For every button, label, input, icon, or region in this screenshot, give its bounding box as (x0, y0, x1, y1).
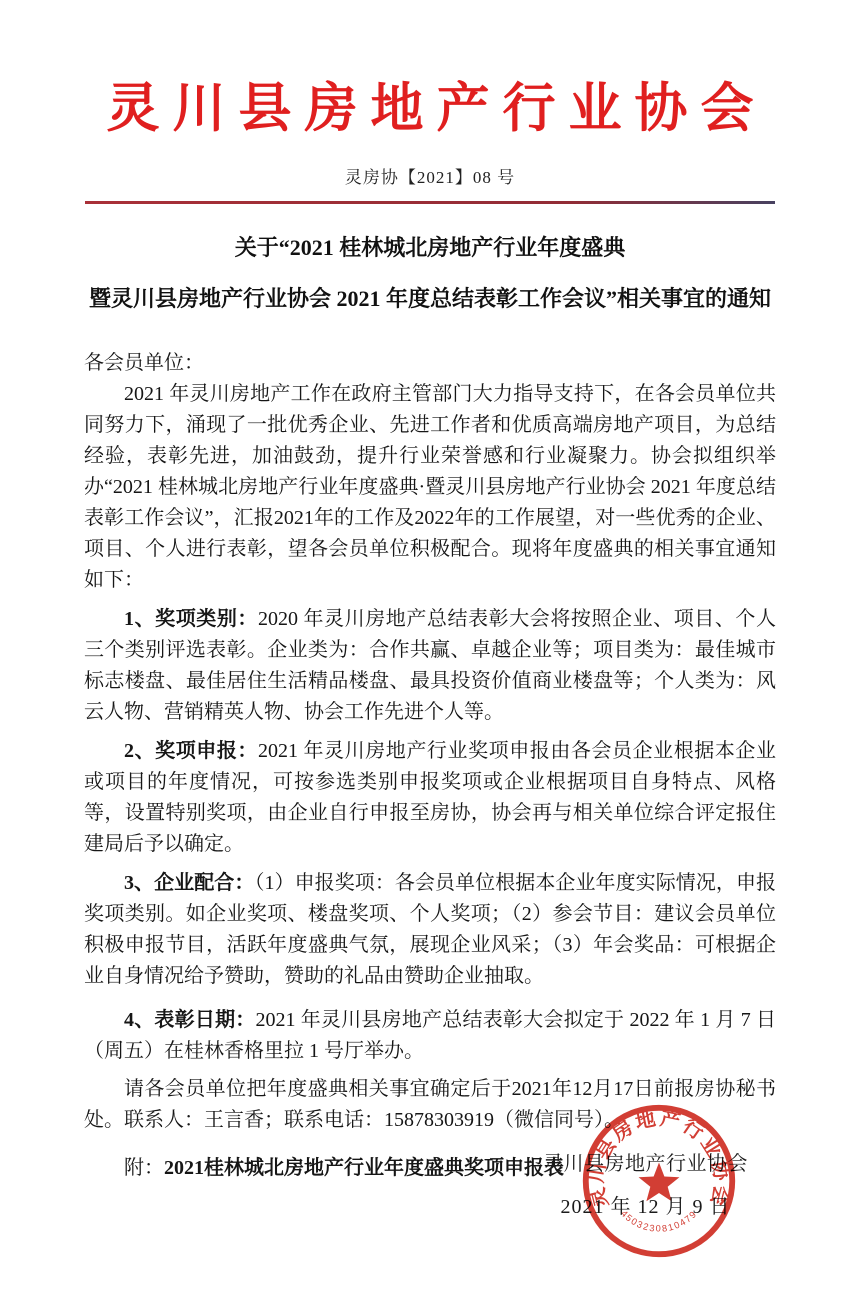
section-4-label: 4、表彰日期： (124, 1009, 256, 1031)
section-award-application: 2、奖项申报：2021 年灵川房地产行业奖项申报由各会员企业根据本企业或项目的年… (84, 736, 776, 860)
section-award-categories: 1、奖项类别：2020 年灵川房地产总结表彰大会将按照企业、项目、个人三个类别评… (84, 604, 776, 728)
doc-number: 灵房协【2021】08 号 (0, 163, 860, 188)
section-3-label: 3、企业配合： (124, 872, 254, 894)
doc-title: 关于“2021 桂林城北房地产行业年度盛典 暨灵川县房地产行业协会 2021 年… (80, 222, 780, 324)
closing-paragraph: 请各会员单位把年度盛典相关事宜确定后于2021年12月17日前报房协秘书处。联系… (84, 1074, 776, 1136)
signature-block: 灵川县房地产行业协会 2021 年 12 月 9 日 (543, 1147, 748, 1219)
signature-org: 灵川县房地产行业协会 (543, 1147, 748, 1176)
notice-document-page: 灵川县房地产行业协会 灵房协【2021】08 号 关于“2021 桂林城北房地产… (0, 0, 860, 1303)
section-commendation-date: 4、表彰日期：2021 年灵川县房地产总结表彰大会拟定于 2022 年 1 月 … (84, 1005, 776, 1067)
letterhead-divider (85, 201, 775, 204)
org-letterhead-title: 灵川县房地产行业协会 (0, 66, 860, 142)
section-enterprise-cooperation: 3、企业配合：（1）申报奖项：各会员单位根据本企业年度实际情况，申报奖项类别。如… (84, 868, 776, 992)
signature-date: 2021 年 12 月 9 日 (543, 1190, 748, 1219)
attachment-prefix: 附： (124, 1157, 164, 1179)
attachment-title: 2021桂林城北房地产行业年度盛典奖项申报表 (164, 1157, 564, 1179)
doc-title-line1: 关于“2021 桂林城北房地产行业年度盛典 (80, 222, 780, 273)
salutation: 各会员单位： (84, 348, 776, 379)
doc-title-line2: 暨灵川县房地产行业协会 2021 年度总结表彰工作会议”相关事宜的通知 (80, 273, 780, 324)
section-2-label: 2、奖项申报： (124, 740, 258, 762)
intro-paragraph: 2021 年灵川房地产工作在政府主管部门大力指导支持下，在各会员单位共同努力下，… (84, 379, 776, 596)
section-1-label: 1、奖项类别： (124, 608, 258, 630)
doc-body: 各会员单位： 2021 年灵川房地产工作在政府主管部门大力指导支持下，在各会员单… (84, 348, 776, 1184)
